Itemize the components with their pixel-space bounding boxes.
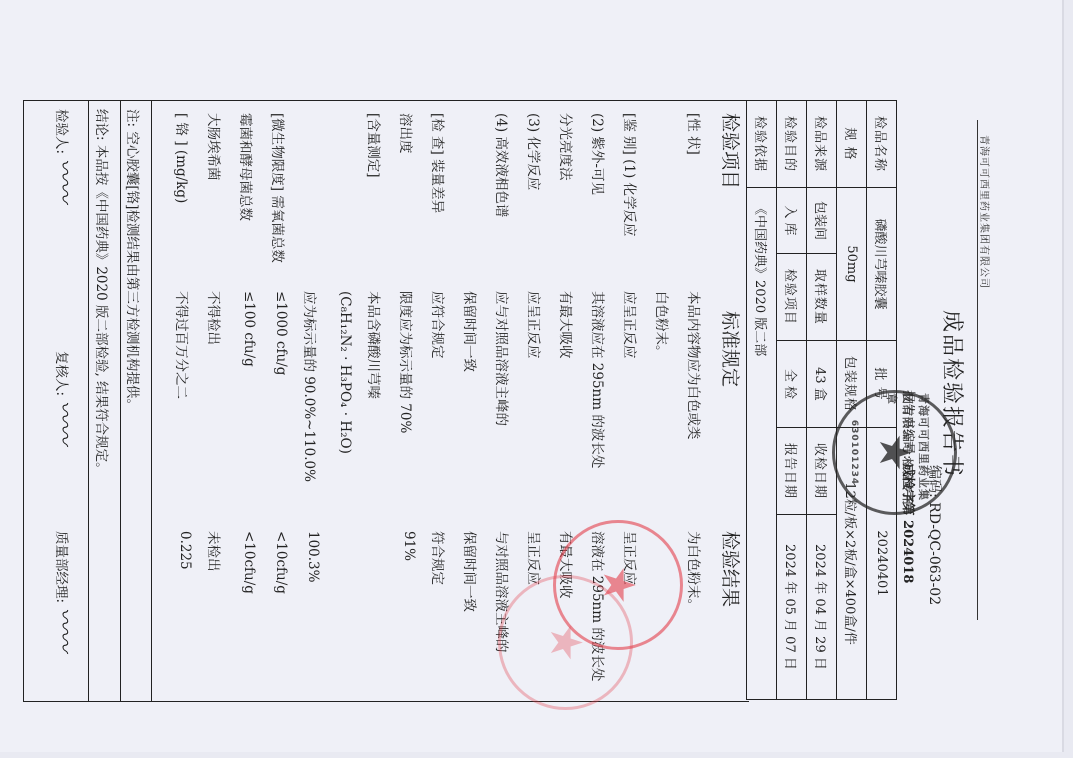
sample-qty-label: 取样数量: [807, 253, 837, 340]
source-value: 包装间: [807, 188, 837, 254]
test-result: 呈正反应: [525, 531, 545, 585]
company-name: 青海可可西里药业集团有限公司: [978, 135, 993, 475]
report-date-value: 2024 年 05 月 07 日: [777, 514, 807, 699]
spec-value: 50mg: [837, 188, 867, 341]
report-number-value: 成检字第 2024018: [900, 464, 915, 584]
conclusion-text: 结论: 本品按《中国药典》2020 版二部检验, 结果符合规定。: [93, 109, 113, 476]
manager-label: 质量部经理:: [53, 531, 69, 603]
test-result: <10cfu/g: [273, 531, 289, 594]
test-item: (2) 紫外-可见: [589, 113, 609, 195]
test-result: 与对照品溶液主峰的: [493, 531, 513, 653]
note-divider: [151, 101, 152, 701]
test-result: 保留时间一致: [461, 531, 481, 612]
test-result: 呈正反应: [621, 531, 641, 585]
document-title: 成品检验报告书: [938, 310, 969, 478]
column-header-standard: 标准规定: [718, 311, 745, 387]
batch-label: 批 号: [867, 340, 897, 427]
info-row: 检验依据 《中国药典》2020 版二部: [747, 101, 777, 700]
spec-label: 规 格: [837, 101, 867, 188]
test-standard: 有最大吸收: [557, 291, 577, 359]
info-table: 检品名称 磷酸川芎嗪胶囊 批 号 20240401 规 格 50mg 包装规格 …: [746, 100, 897, 700]
info-row: 检品名称 磷酸川芎嗪胶囊 批 号 20240401: [867, 101, 897, 700]
pack-spec-value: 12粒/板×2板/盒×400盒/件: [837, 427, 867, 699]
product-name-value: 磷酸川芎嗪胶囊: [867, 188, 897, 341]
batch-value: 20240401: [867, 427, 897, 699]
report-page: 青海可可西里药业集团有限公司 成品检验报告书 编码: RD-QC-063-02 …: [0, 0, 1073, 758]
info-row: 规 格 50mg 包装规格 12粒/板×2板/盒×400盒/件: [837, 101, 867, 700]
column-headers: 检验项目 标准规定 检验结果: [715, 101, 745, 701]
signature-divider: [88, 101, 89, 701]
inspector-label: 检验人:: [53, 109, 69, 154]
test-result: 未检出: [205, 531, 225, 572]
report-date-label: 报告日期: [777, 427, 807, 514]
receive-date-label: 收检日期: [807, 427, 837, 514]
test-items-value: 全 检: [777, 340, 807, 427]
inspector-signature: 检验人: 〰〰: [50, 109, 81, 202]
test-standard: ≤1000 cfu/g: [273, 291, 289, 375]
product-name-label: 检品名称: [867, 101, 897, 188]
test-item: [鉴 别] (1) 化学反应: [621, 113, 641, 237]
test-standard: 应呈正反应: [621, 291, 641, 359]
scanned-sheet: 青海可可西里药业集团有限公司 成品检验报告书 编码: RD-QC-063-02 …: [0, 0, 1064, 752]
test-item: 霉菌和酵母菌总数: [237, 113, 257, 221]
test-standard: 不得检出: [205, 291, 225, 345]
report-number-label: 报告书编号:: [900, 390, 915, 459]
reviewer-handwriting: 〰〰: [51, 400, 76, 444]
manager-handwriting: 〰〰: [51, 607, 76, 651]
test-item: [检 查] 装量差异: [429, 113, 449, 213]
inspector-handwriting: 〰〰: [51, 158, 76, 202]
test-standard: 应呈正反应: [525, 291, 545, 359]
reviewer-signature: 复核人: 〰〰: [50, 351, 81, 444]
test-item: [微生物限度] 需氧菌总数: [269, 113, 289, 263]
test-item: 大肠埃希菌: [205, 113, 225, 181]
test-item: [ 铬 ] (mg/kg): [173, 113, 193, 203]
test-result: 溶液在 295nm 的波长处: [589, 531, 609, 681]
test-item: 溶出度: [397, 113, 417, 154]
test-item: (3) 化学反应: [525, 113, 545, 190]
document-code-value: RD-QC-063-02: [926, 502, 942, 605]
test-standard: 其溶液应在 295nm 的波长处: [589, 291, 609, 468]
test-standard: 保留时间一致: [461, 291, 481, 372]
test-standard: 应符合规定: [429, 291, 449, 359]
test-standard: 限度应为标示量的 70%: [397, 291, 417, 433]
test-items-label: 检验项目: [777, 253, 807, 340]
test-result: 有最大吸收: [557, 531, 577, 599]
document-code-label: 编码:: [926, 465, 942, 498]
test-result: 91%: [401, 531, 417, 561]
test-item: [含量测定]: [365, 113, 385, 178]
purpose-label: 检验目的: [777, 101, 807, 188]
test-result: 0.225: [177, 531, 193, 570]
test-standard: 不得过百万分之二: [173, 291, 193, 399]
test-standard: 应为标示量的 90.0%~110.0%: [301, 291, 321, 482]
test-item: [性 状]: [685, 113, 705, 155]
basis-value: 《中国药典》2020 版二部: [747, 188, 777, 700]
test-standard: (C₈H₁₂N₂ · H₃PO₄ · H₂O): [337, 291, 353, 454]
test-result: 为白色粉末。: [685, 531, 705, 612]
basis-label: 检验依据: [747, 101, 777, 188]
column-header-item: 检验项目: [718, 113, 745, 189]
test-standard: 应与对照品溶液主峰的: [493, 291, 513, 426]
test-item: (4) 高效液相色谱: [493, 113, 513, 217]
test-result: 100.3%: [305, 531, 321, 582]
note-text: 注: 空心胶囊[铬]检测结果由第三方检测机构提供。: [124, 109, 144, 412]
source-label: 检品来源: [807, 101, 837, 188]
test-standard: 白色粉末。: [653, 291, 673, 359]
receive-date-value: 2024 年 04 月 29 日: [807, 514, 837, 699]
manager-signature: 质量部经理: 〰〰: [50, 531, 81, 651]
sample-qty-value: 43 盒: [807, 340, 837, 427]
purpose-value: 入 库: [777, 188, 807, 254]
conclusion-divider: [120, 101, 121, 701]
test-standard: 本品内容物应为白色或类: [685, 291, 705, 440]
document-code: 编码: RD-QC-063-02: [925, 465, 945, 605]
column-header-result: 检验结果: [718, 531, 745, 607]
info-row: 检品来源 包装间 取样数量 43 盒 收检日期 2024 年 04 月 29 日: [807, 101, 837, 700]
info-row: 检验目的 入 库 检验项目 全 检 报告日期 2024 年 05 月 07 日: [777, 101, 807, 700]
test-standard: ≤100 cfu/g: [241, 291, 257, 367]
report-number: 报告书编号: 成检字第 2024018: [900, 390, 919, 583]
test-item: 分光亮度法: [557, 113, 577, 181]
test-standard: 本品含磷酸川芎嗪: [365, 291, 385, 399]
pack-spec-label: 包装规格: [837, 340, 867, 427]
test-results-section: 检验项目 标准规定 检验结果 [性 状]本品内容物应为白色或类为白色粉末。白色粉…: [23, 100, 749, 702]
reviewer-label: 复核人:: [53, 351, 69, 396]
test-result: <10cfu/g: [241, 531, 257, 594]
test-result: 符合规定: [429, 531, 449, 585]
